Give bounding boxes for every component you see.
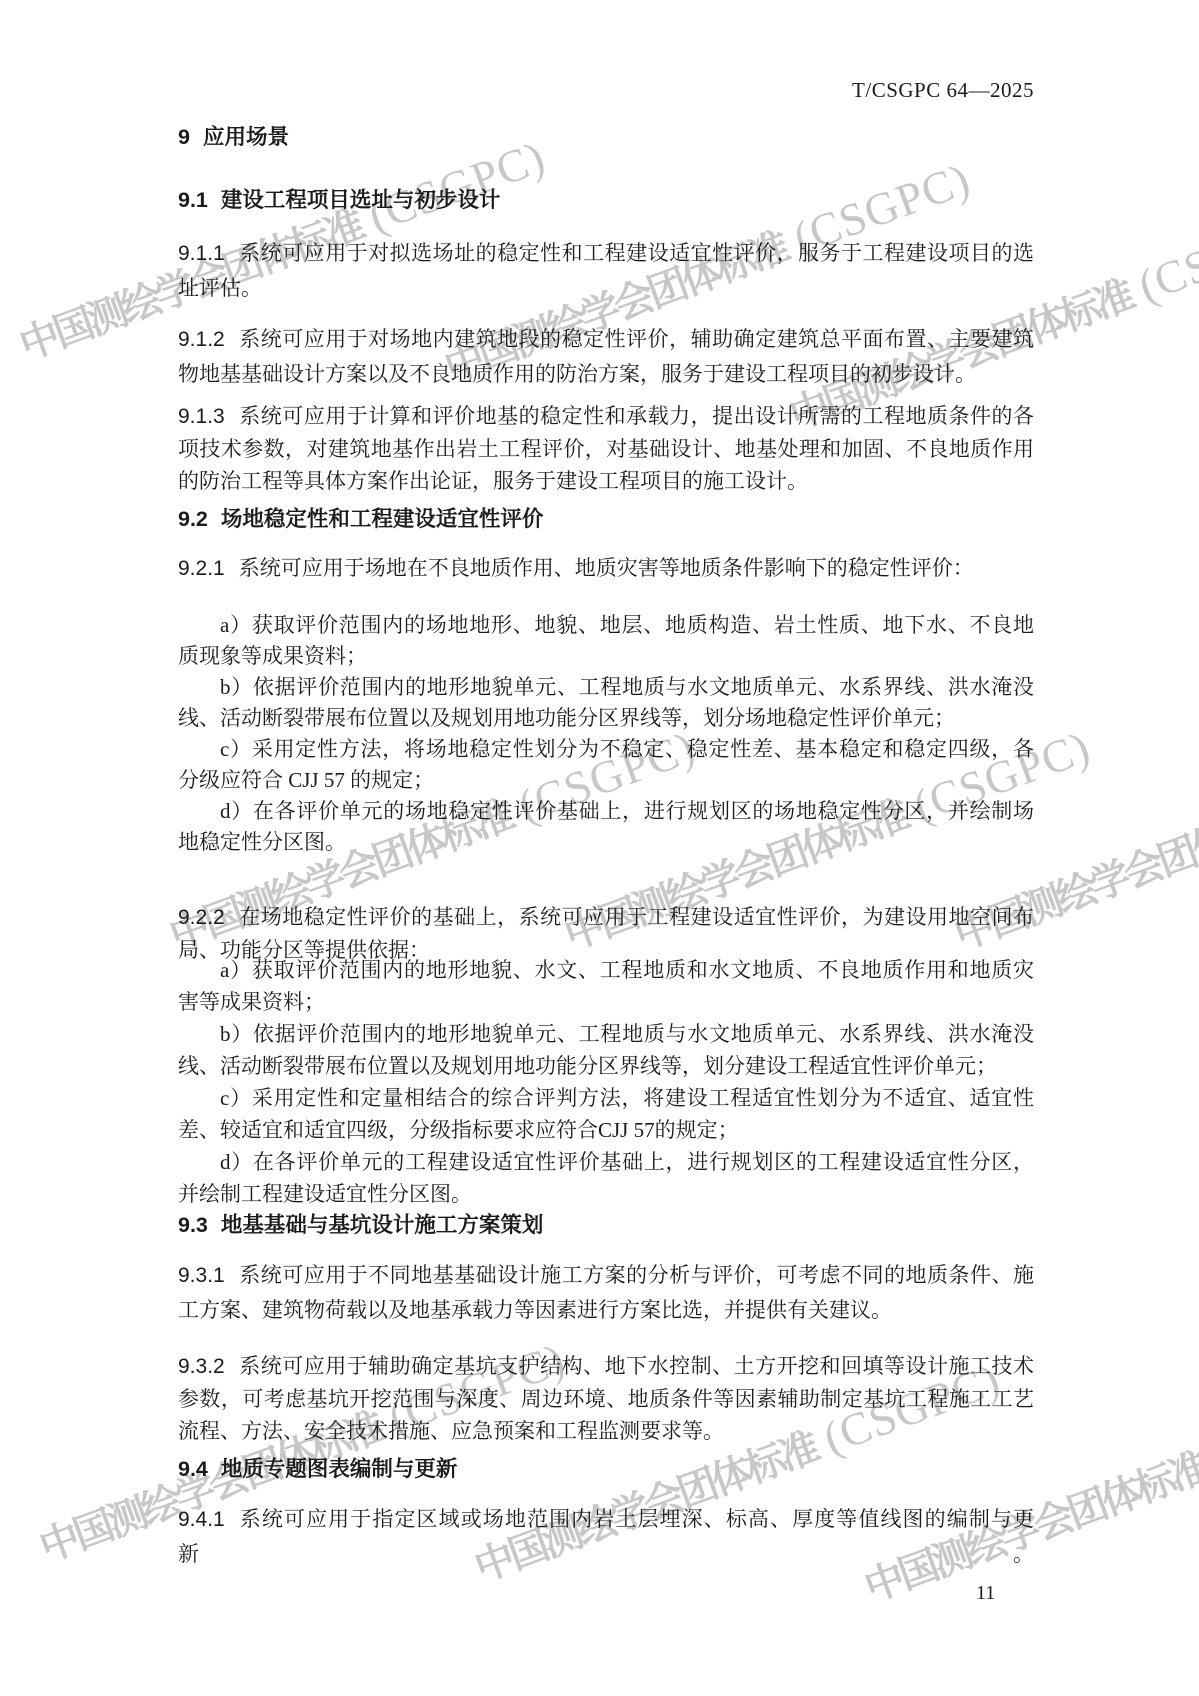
text-line: 9.1.2系统可应用于对场地内建筑地段的稳定性评价，辅助确定建筑总平面布置、主要…	[178, 322, 1034, 357]
paragraph-number: 9.1.2	[178, 328, 225, 351]
section-heading: 9应用场景	[178, 124, 1034, 150]
text-line: 9.4.1系统可应用于指定区域或场地范围内岩土层埋深、标高、厚度等值线图的编制与…	[178, 1502, 1034, 1571]
page-number: 11	[976, 1582, 995, 1605]
section-title: 地质专题图表编制与更新	[221, 1457, 458, 1481]
section-title: 地基基础与基坑设计施工方案策划	[221, 1213, 544, 1237]
text-line: 9.3.2系统可应用于辅助确定基坑支护结构、地下水控制、土方开挖和回填等设计施工…	[178, 1350, 1034, 1383]
text-line: 地稳定性分区图。	[178, 827, 1034, 858]
text-line: 分级应符合 CJJ 57 的规定；	[178, 765, 1034, 796]
section-number: 9.2	[178, 507, 208, 531]
text-line: 的防治工程等具体方案作出论证，服务于建设工程项目的施工设计。	[178, 465, 1034, 497]
paragraph: 9.4.1系统可应用于指定区域或场地范围内岩土层埋深、标高、厚度等值线图的编制与…	[178, 1502, 1034, 1571]
text-line: 物地基基础设计方案以及不良地质作用的防治方案，服务于建设工程项目的初步设计。	[178, 357, 1034, 391]
section-title: 应用场景	[203, 125, 289, 149]
paragraph: 9.2.1系统可应用于场地在不良地质作用、地质灾害等地质条件影响下的稳定性评价：	[178, 551, 1034, 586]
text-line: 差、较适宜和适宜四级，分级指标要求应符合CJJ 57的规定；	[178, 1114, 1034, 1146]
list-item: d）在各评价单元的场地稳定性评价基础上，进行规划区的场地稳定性分区，并绘制场地稳…	[178, 796, 1034, 858]
paragraph: 9.3.2系统可应用于辅助确定基坑支护结构、地下水控制、土方开挖和回填等设计施工…	[178, 1350, 1034, 1447]
text-line: d）在各评价单元的工程建设适宜性评价基础上，进行规划区的工程建设适宜性分区，	[178, 1146, 1034, 1178]
list-item: c）采用定性方法，将场地稳定性划分为不稳定、稳定性差、基本稳定和稳定四级，各分级…	[178, 734, 1034, 796]
list-item: a）获取评价范围内的场地地形、地貌、地层、地质构造、岩土性质、地下水、不良地质现…	[178, 610, 1034, 672]
section-heading: 9.4地质专题图表编制与更新	[178, 1456, 1034, 1482]
paragraph-number: 9.3.2	[178, 1355, 225, 1378]
paragraph-number: 9.1.1	[178, 242, 225, 265]
paragraph-number: 9.1.3	[178, 405, 225, 428]
text-line: a）获取评价范围内的地形地貌、水文、工程地质和水文地质、不良地质作用和地质灾	[178, 954, 1034, 986]
text-line: 线、活动断裂带展布位置以及规划用地功能分区界线等，划分建设工程适宜性评价单元；	[178, 1050, 1034, 1082]
section-number: 9.4	[178, 1457, 208, 1481]
text-line: 害等成果资料；	[178, 986, 1034, 1018]
paragraph: 9.1.2系统可应用于对场地内建筑地段的稳定性评价，辅助确定建筑总平面布置、主要…	[178, 322, 1034, 391]
text-line: a）获取评价范围内的场地地形、地貌、地层、地质构造、岩土性质、地下水、不良地	[178, 610, 1034, 641]
section-title: 建设工程项目选址与初步设计	[221, 188, 501, 212]
text-line: 工方案、建筑物荷载以及地基承载力等因素进行方案比选，并提供有关建议。	[178, 1293, 1034, 1327]
section-number: 9	[178, 125, 190, 149]
text-line: c）采用定性方法，将场地稳定性划分为不稳定、稳定性差、基本稳定和稳定四级，各	[178, 734, 1034, 765]
text-line: 9.1.1系统可应用于对拟选场址的稳定性和工程建设适宜性评价，服务于工程建设项目…	[178, 236, 1034, 271]
text-line: d）在各评价单元的场地稳定性评价基础上，进行规划区的场地稳定性分区，并绘制场	[178, 796, 1034, 827]
list-item: a）获取评价范围内的地形地貌、水文、工程地质和水文地质、不良地质作用和地质灾害等…	[178, 954, 1034, 1018]
text-line: 9.2.1系统可应用于场地在不良地质作用、地质灾害等地质条件影响下的稳定性评价：	[178, 551, 1034, 586]
paragraph: 9.1.1系统可应用于对拟选场址的稳定性和工程建设适宜性评价，服务于工程建设项目…	[178, 236, 1034, 305]
section-title: 场地稳定性和工程建设适宜性评价	[221, 507, 544, 531]
section-number: 9.1	[178, 188, 208, 212]
section-heading: 9.3地基基础与基坑设计施工方案策划	[178, 1212, 1034, 1238]
paragraph: 9.3.1系统可应用于不同地基基础设计施工方案的分析与评价，可考虑不同的地质条件…	[178, 1258, 1034, 1327]
text-line: 9.2.2在场地稳定性评价的基础上，系统可应用于工程建设适宜性评价，为建设用地空…	[178, 901, 1034, 934]
text-line: 9.3.1系统可应用于不同地基基础设计施工方案的分析与评价，可考虑不同的地质条件…	[178, 1258, 1034, 1293]
paragraph: 9.1.3系统可应用于计算和评价地基的稳定性和承载力，提出设计所需的工程地质条件…	[178, 400, 1034, 497]
section-number: 9.3	[178, 1213, 208, 1237]
paragraph-number: 9.4.1	[178, 1508, 225, 1531]
document-page: 中国测绘学会团体标准 (CSGPC)中国测绘学会团体标准 (CSGPC)中国测绘…	[0, 0, 1199, 1696]
text-line: 质现象等成果资料；	[178, 641, 1034, 672]
paragraph-number: 9.2.2	[178, 906, 225, 929]
list-item: d）在各评价单元的工程建设适宜性评价基础上，进行规划区的工程建设适宜性分区，并绘…	[178, 1146, 1034, 1210]
text-line: c）采用定性和定量相结合的综合评判方法，将建设工程适宜性划分为不适宜、适宜性	[178, 1082, 1034, 1114]
text-line: 线、活动断裂带展布位置以及规划用地功能分区界线等，划分场地稳定性评价单元；	[178, 703, 1034, 734]
text-line: 并绘制工程建设适宜性分区图。	[178, 1178, 1034, 1210]
text-line: 9.1.3系统可应用于计算和评价地基的稳定性和承载力，提出设计所需的工程地质条件…	[178, 400, 1034, 433]
text-line: 项技术参数，对建筑地基作出岩土工程评价，对基础设计、地基处理和加固、不良地质作用	[178, 433, 1034, 465]
list-item: c）采用定性和定量相结合的综合评判方法，将建设工程适宜性划分为不适宜、适宜性差、…	[178, 1082, 1034, 1146]
text-line: 参数，可考虑基坑开挖范围与深度、周边环境、地质条件等因素辅助制定基坑工程施工工艺	[178, 1383, 1034, 1415]
text-line: b）依据评价范围内的地形地貌单元、工程地质与水文地质单元、水系界线、洪水淹没	[178, 672, 1034, 703]
list-item: b）依据评价范围内的地形地貌单元、工程地质与水文地质单元、水系界线、洪水淹没线、…	[178, 1018, 1034, 1082]
document-code: T/CSGPC 64—2025	[178, 78, 1034, 103]
section-heading: 9.1建设工程项目选址与初步设计	[178, 187, 1034, 213]
paragraph-number: 9.3.1	[178, 1264, 225, 1287]
paragraph-number: 9.2.1	[178, 557, 225, 580]
text-line: 流程、方法、安全技术措施、应急预案和工程监测要求等。	[178, 1415, 1034, 1447]
section-heading: 9.2场地稳定性和工程建设适宜性评价	[178, 506, 1034, 532]
text-line: 址评估。	[178, 271, 1034, 305]
list-item: b）依据评价范围内的地形地貌单元、工程地质与水文地质单元、水系界线、洪水淹没线、…	[178, 672, 1034, 734]
text-line: b）依据评价范围内的地形地貌单元、工程地质与水文地质单元、水系界线、洪水淹没	[178, 1018, 1034, 1050]
